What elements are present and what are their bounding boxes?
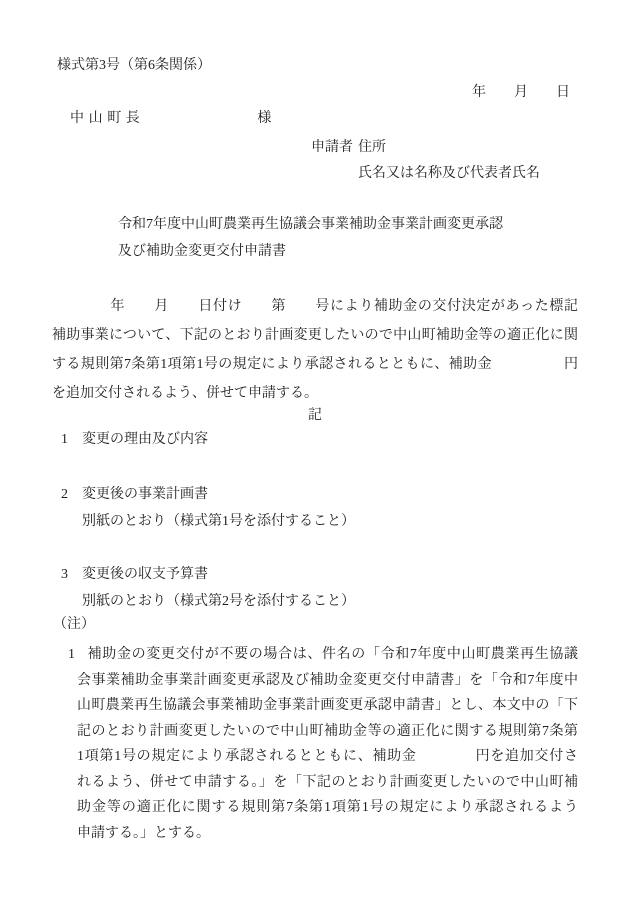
section-2-number: 2 bbox=[61, 488, 82, 502]
note-line-1: 1補助金の変更交付が不要の場合は、件名の「令和7年度中山町農業再生協議 bbox=[68, 648, 578, 662]
document-title-line-1: 令和7年度中山町農業再生協議会事業補助金事業計画変更承認 bbox=[118, 218, 578, 232]
note-item-number: 1 bbox=[68, 648, 87, 662]
addressee-name: 中山町長 bbox=[70, 111, 144, 126]
note-line-2: 会事業補助金事業計画変更承認及び補助金変更交付申請書」を「令和7年度中 bbox=[77, 674, 578, 688]
note-line-8: 申請する。」とする。 bbox=[77, 827, 578, 841]
section-3-heading: 3変更後の収支予算書 bbox=[61, 568, 578, 582]
document-title-line-2: 及び補助金変更交付申請書 bbox=[118, 245, 578, 259]
applicant-name-label: 氏名又は名称及び代表者氏名 bbox=[358, 167, 578, 181]
form-number-label: 様式第3号（第6条関係） bbox=[57, 59, 578, 73]
section-2-title: 変更後の事業計画書 bbox=[82, 487, 208, 502]
body-line-1: 年 月 日付け 第 号により補助金の交付決定があった標記 bbox=[52, 300, 578, 314]
applicant-line: 申請者住所 bbox=[311, 141, 578, 155]
section-1-title: 変更の理由及び内容 bbox=[82, 432, 208, 447]
note-line-5: 1項第1号の規定により承認されるとともに、補助金 円を追加交付さ bbox=[77, 750, 578, 764]
note-label: （注） bbox=[53, 618, 578, 632]
section-3-title: 変更後の収支予算書 bbox=[82, 567, 208, 582]
section-2-heading: 2変更後の事業計画書 bbox=[61, 488, 578, 502]
applicant-label: 申請者 bbox=[311, 140, 353, 155]
section-2-attachment: 別紙のとおり（様式第1号を添付すること） bbox=[82, 515, 578, 529]
body-line-3: する規則第7条第1項第1号の規定により承認されるとともに、補助金 円 bbox=[52, 358, 578, 372]
date-line: 年 月 日 bbox=[52, 86, 570, 100]
note-line-7: 助金等の適正化に関する規則第7条第1項第1号の規定により承認されるよう bbox=[77, 801, 578, 815]
note-line-6: れるよう、併せて申請する。」を「下記のとおり計画変更したいので中山町補 bbox=[77, 776, 578, 790]
body-line-4: を追加交付されるよう、併せて申請する。 bbox=[52, 387, 578, 401]
applicant-address-label: 住所 bbox=[358, 140, 386, 155]
document-page: 様式第3号（第6条関係） 年 月 日 中山町長様 申請者住所 氏名又は名称及び代… bbox=[0, 0, 630, 903]
note-line-3: 山町農業再生協議会事業補助金事業計画変更承認申請書」とし、本文中の「下 bbox=[77, 699, 578, 713]
section-3-attachment: 別紙のとおり（様式第2号を添付すること） bbox=[82, 595, 578, 609]
addressee-honorific: 様 bbox=[257, 111, 271, 126]
note-line-4: 記のとおり計画変更したいので中山町補助金等の適正化に関する規則第7条第 bbox=[77, 725, 578, 739]
addressee-line: 中山町長様 bbox=[70, 112, 578, 126]
section-3-number: 3 bbox=[61, 568, 82, 582]
note-line-1-text: 補助金の変更交付が不要の場合は、件名の「令和7年度中山町農業再生協議 bbox=[87, 647, 578, 662]
body-line-2: 補助事業について、下記のとおり計画変更したいので中山町補助金等の適正化に関 bbox=[52, 329, 578, 343]
section-1-heading: 1変更の理由及び内容 bbox=[61, 433, 578, 447]
ki-mark: 記 bbox=[52, 409, 578, 423]
section-1-number: 1 bbox=[61, 433, 82, 447]
